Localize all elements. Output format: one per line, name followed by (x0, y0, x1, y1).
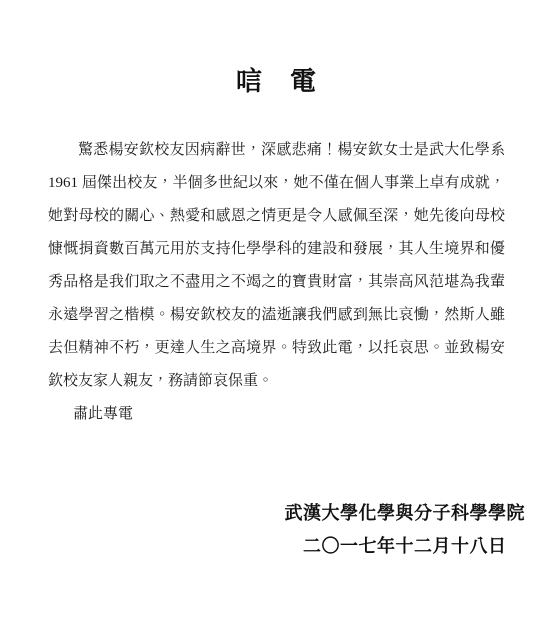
body-line: 去但精神不朽，更達人生之高境界。特致此電，以托哀思。並致楊安 (48, 332, 505, 365)
body-lines: 驚悉楊安欽校友因病辭世，深感悲痛！楊安欽女士是武大化學系1961 屆傑出校友，半… (48, 134, 505, 398)
body-line: 她對母校的關心、熱愛和感恩之情更是令人感佩至深，她先後向母校 (48, 200, 505, 233)
body-line: 1961 屆傑出校友，半個多世紀以來，她不僅在個人事業上卓有成就， (48, 167, 505, 200)
body-line: 欽校友家人親友，務請節哀保重。 (48, 365, 505, 398)
date-line: 二〇一七年十二月十八日 (285, 530, 526, 563)
body-line: 秀品格是我们取之不盡用之不竭之的寶貴財富，其崇高风范堪為我輩 (48, 266, 505, 299)
condolence-telegram-page: 唁 電 驚悉楊安欽校友因病辭世，深感悲痛！楊安欽女士是武大化學系1961 屆傑出… (0, 0, 553, 630)
signature-line: 武漢大學化學與分子科學學院 (285, 497, 526, 530)
document-title: 唁 電 (0, 66, 553, 96)
signature-block: 武漢大學化學與分子科學學院 二〇一七年十二月十八日 (285, 497, 526, 563)
closing-line: 肅此專電 (48, 398, 505, 431)
body-line: 驚悉楊安欽校友因病辭世，深感悲痛！楊安欽女士是武大化學系 (48, 134, 505, 167)
body-paragraph: 驚悉楊安欽校友因病辭世，深感悲痛！楊安欽女士是武大化學系1961 屆傑出校友，半… (48, 134, 505, 431)
body-line: 永遠學習之楷模。楊安欽校友的溘逝讓我們感到無比哀慟，然斯人雖 (48, 299, 505, 332)
body-line: 慷慨捐資數百萬元用於支持化學學科的建設和發展，其人生境界和優 (48, 233, 505, 266)
